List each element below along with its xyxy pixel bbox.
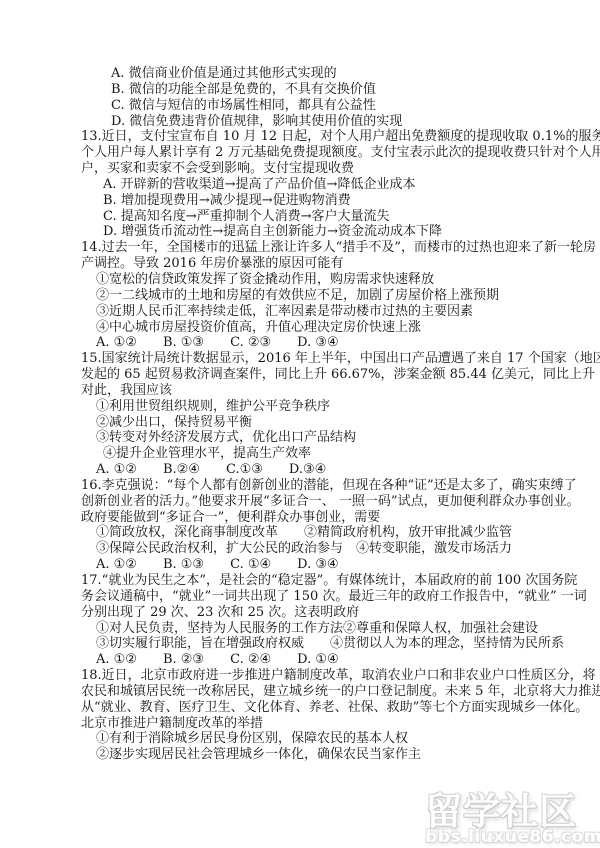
text-line: ②减少出口，保持贸易平衡 xyxy=(81,415,541,431)
text-line: 农民和城镇居民统一改称居民，建立城乡统一的户口登记制度。未来 5 年，北京将大力… xyxy=(81,684,541,700)
text-line: C. 提高知名度→严重抑制个人消费→客户大量流失 xyxy=(81,209,541,225)
text-line: 产调控。导致 2016 年房价暴涨的原因可能有 xyxy=(81,256,541,272)
question-block-q12-options: A. 微信商业价值是通过其他形式实现的B. 微信的功能全部是免费的，不具有交换价… xyxy=(81,66,541,129)
question-text-block: A. 微信商业价值是通过其他形式实现的B. 微信的功能全部是免费的，不具有交换价… xyxy=(81,66,541,763)
text-line: 创新创业者的活力。”他要求开展“多证合一、 一照一码”试点，更加便利群众办事创业… xyxy=(81,494,541,510)
question-block-q15: 15.国家统计局统计数据显示，2016 年上半年，中国出口产品遭遇了来自 17 … xyxy=(81,351,541,478)
text-line: A. 微信商业价值是通过其他形式实现的 xyxy=(81,66,541,82)
text-line: ①利用世贸组织规则，维护公平竞争秩序 xyxy=(81,399,541,415)
text-line: ④提升企业管理水平，提高生产效率 xyxy=(81,446,541,462)
text-line: ③保障公民政治权利，扩大公民的政治参与 ④转变职能，激发市场活力 xyxy=(81,541,541,557)
text-line: 务会议通稿中，“就业”一词共出现了 150 次。最近三年的政府工作报告中，“就业… xyxy=(81,589,541,605)
text-line: 对此，我国应该 xyxy=(81,383,541,399)
text-line: ②一二线城市的土地和房屋的有效供应不足，加剧了房屋价格上涨预期 xyxy=(81,288,541,304)
text-line: 17.“就业为民生之本”，是社会的“稳定器”。有媒体统计，本届政府的前 100 … xyxy=(81,573,541,589)
question-block-q16: 16.李克强说：“每个人都有创新创业的潜能，但现在各种“证”还是太多了，确实束缚… xyxy=(81,478,541,573)
text-line: A. ①② B. ②③ C. ②④ D. ①④ xyxy=(81,652,541,668)
text-line: 分别出现了 29 次、23 次和 25 次。这表明政府 xyxy=(81,605,541,621)
text-line: ②逐步实现居民社会管理城乡一体化，确保农民当家作主 xyxy=(81,747,541,763)
text-line: ①有利于消除城乡居民身份区别，保障农民的基本人权 xyxy=(81,731,541,747)
text-line: 个人用户每人累计享有 2 万元基础免费提现额度。支付宝表示此次的提现收费只针对个… xyxy=(81,145,541,161)
question-block-q14: 14.过去一年，全国楼市的迅猛上涨让许多人“措手不及”，而楼市的过热也迎来了新一… xyxy=(81,240,541,351)
question-block-q17: 17.“就业为民生之本”，是社会的“稳定器”。有媒体统计，本届政府的前 100 … xyxy=(81,573,541,668)
text-line: D. 微信免费违背价值规律，影响其使用价值的实现 xyxy=(81,114,541,130)
text-line: C. 微信与短信的市场属性相同，都具有公益性 xyxy=(81,98,541,114)
text-line: 16.李克强说：“每个人都有创新创业的潜能，但现在各种“证”还是太多了，确实束缚… xyxy=(81,478,541,494)
watermark-url: bbs.liuxue86.com xyxy=(425,829,600,846)
text-line: 15.国家统计局统计数据显示，2016 年上半年，中国出口产品遭遇了来自 17 … xyxy=(81,351,541,367)
text-line: B. 微信的功能全部是免费的，不具有交换价值 xyxy=(81,82,541,98)
text-line: 从“就业、教育、医疗卫生、文化体育、养老、社保、救助”等七个方面实现城乡一体化。 xyxy=(81,700,541,716)
text-line: A. 开辟新的营收渠道→提高了产品价值→降低企业成本 xyxy=(81,177,541,193)
text-line: ④中心城市房屋投资价值高，升值心理决定房价快速上涨 xyxy=(81,320,541,336)
text-line: 18.近日，北京市政府进一步推进户籍制度改革，取消农业户口和非农业户口性质区分，… xyxy=(81,668,541,684)
question-block-q18: 18.近日，北京市政府进一步推进户籍制度改革，取消农业户口和非农业户口性质区分，… xyxy=(81,668,541,763)
watermark: 留学社区 bbs.liuxue86.com xyxy=(425,792,600,846)
text-line: A. ①② B. ①③ C. ①④ D. ③④ xyxy=(81,557,541,573)
exam-document-page: A. 微信商业价值是通过其他形式实现的B. 微信的功能全部是免费的，不具有交换价… xyxy=(0,0,600,848)
text-line: 北京市推进户籍制度改革的举措 xyxy=(81,716,541,732)
text-line: 14.过去一年，全国楼市的迅猛上涨让许多人“措手不及”，而楼市的过热也迎来了新一… xyxy=(81,240,541,256)
text-line: 户，买家和卖家不会受到影响。支付宝提现收费 xyxy=(81,161,541,177)
text-line: D. 增强货币流动性→提高自主创新能力→资金流动成本下降 xyxy=(81,224,541,240)
text-line: 发起的 65 起贸易救济调查案件，同比上升 66.67%，涉案金额 85.44 … xyxy=(81,367,541,383)
text-line: ③近期人民币汇率持续走低，汇率因素是带动楼市过热的主要因素 xyxy=(81,304,541,320)
watermark-logo-text: 留学社区 xyxy=(425,792,600,832)
text-line: ③转变对外经济发展方式，优化出口产品结构 xyxy=(81,430,541,446)
text-line: B. 增加提现费用→减少提现→促进购物消费 xyxy=(81,193,541,209)
text-line: A. ①② B. ①③ C. ②③ D. ③④ xyxy=(81,335,541,351)
question-block-q13: 13.近日，支付宝宣布自 10 月 12 日起，对个人用户超出免费额度的提现收取… xyxy=(81,129,541,240)
text-line: ①对人民负责，坚持为人民服务的工作方法②尊重和保障人权，加强社会建设 xyxy=(81,621,541,637)
text-line: ①简政放权，深化商事制度改革 ②精简政府机构，放开审批减少监管 xyxy=(81,525,541,541)
text-line: A. ①② B.②④ C.①③ D.③④ xyxy=(81,462,541,478)
text-line: ①宽松的信贷政策发挥了资金撬动作用，购房需求快速释放 xyxy=(81,272,541,288)
text-line: ③切实履行职能，旨在增强政府权威 ④贯彻以人为本的理念，坚持情为民所系 xyxy=(81,636,541,652)
text-line: 政府要能做到“多证合一”，便利群众办事创业，需要 xyxy=(81,510,541,526)
text-line: 13.近日，支付宝宣布自 10 月 12 日起，对个人用户超出免费额度的提现收取… xyxy=(81,129,541,145)
